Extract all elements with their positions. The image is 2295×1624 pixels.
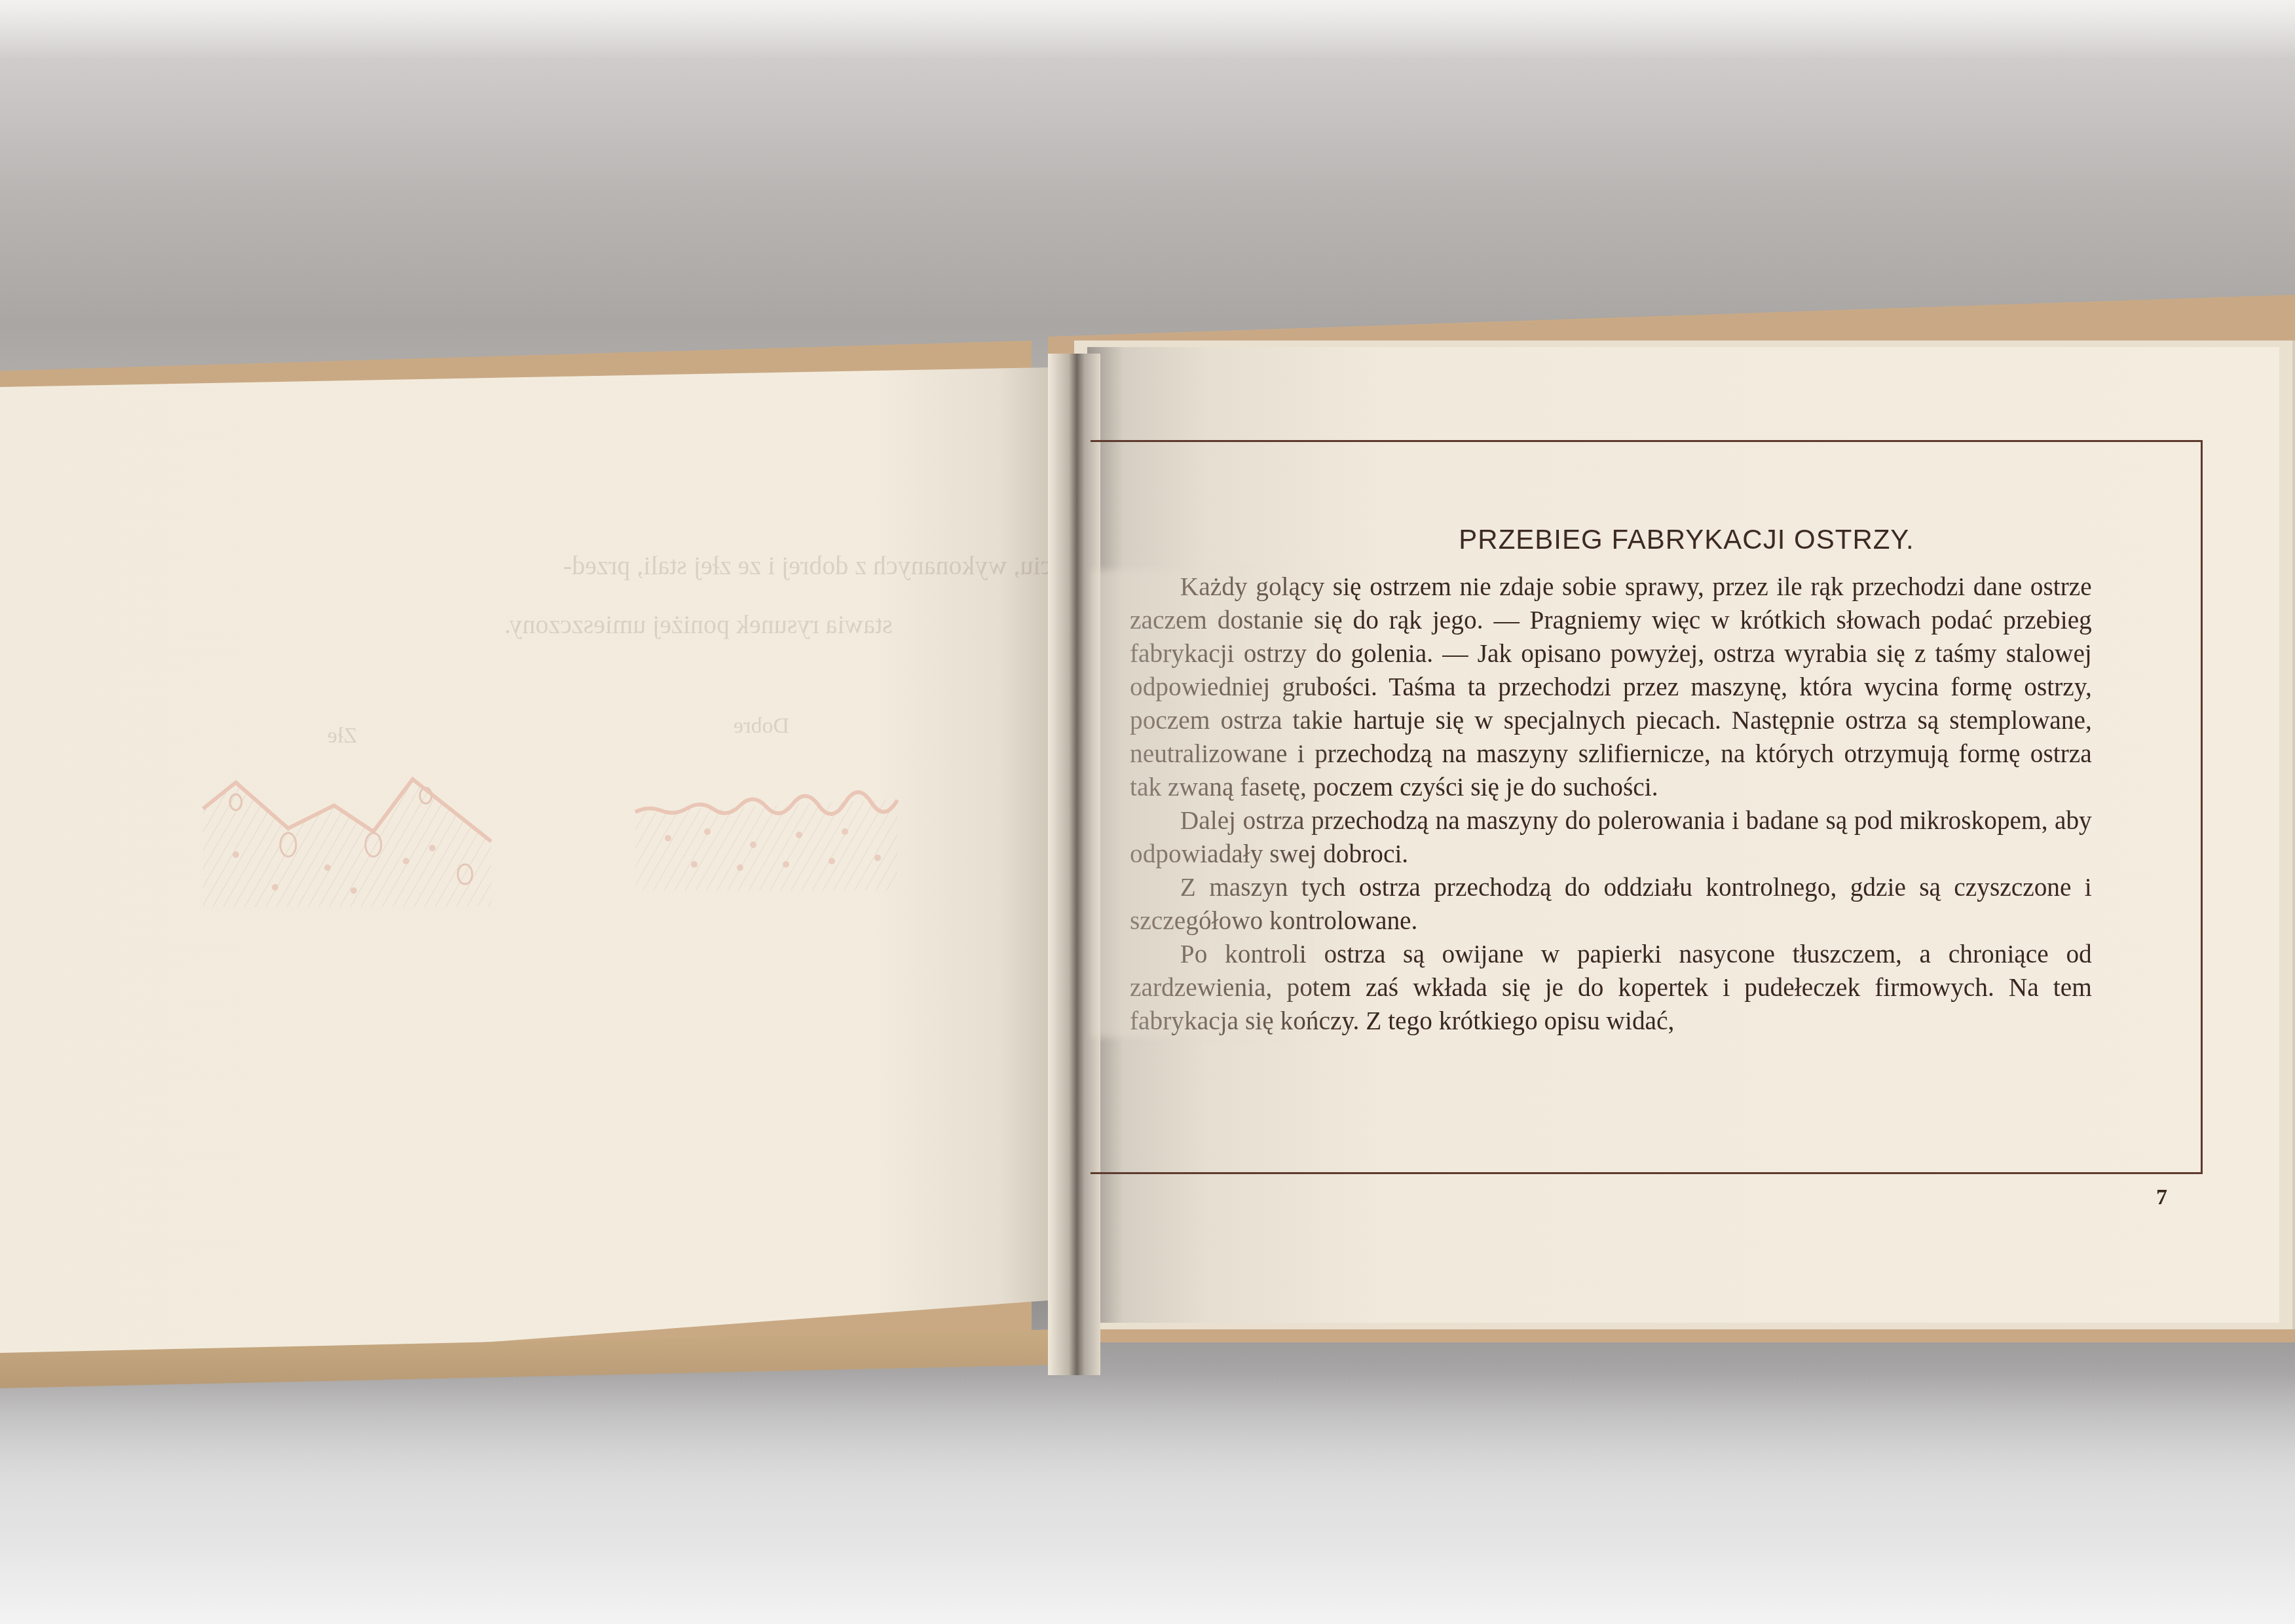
showthrough-line-2: stawia rysunek poniżej umieszczony.	[504, 609, 893, 640]
scanner-background-top	[0, 0, 2295, 59]
scanner-background-bottom	[0, 1375, 2295, 1624]
page-number: 7	[2156, 1185, 2167, 1210]
showthrough-label-bad: Złe	[327, 724, 357, 748]
blade-edge-bad-illustration	[196, 769, 504, 913]
gutter-blur-overlay	[1092, 570, 1356, 1037]
blade-edge-good-illustration	[629, 786, 904, 897]
body-text: Każdy golący się ostrzem nie zdaje sobie…	[1130, 570, 2092, 1037]
showthrough-label-good: Dobre	[734, 714, 789, 739]
left-page	[0, 367, 1087, 1378]
page-title: PRZEBIEG FABRYKACJI OSTRZY.	[1074, 524, 2295, 555]
